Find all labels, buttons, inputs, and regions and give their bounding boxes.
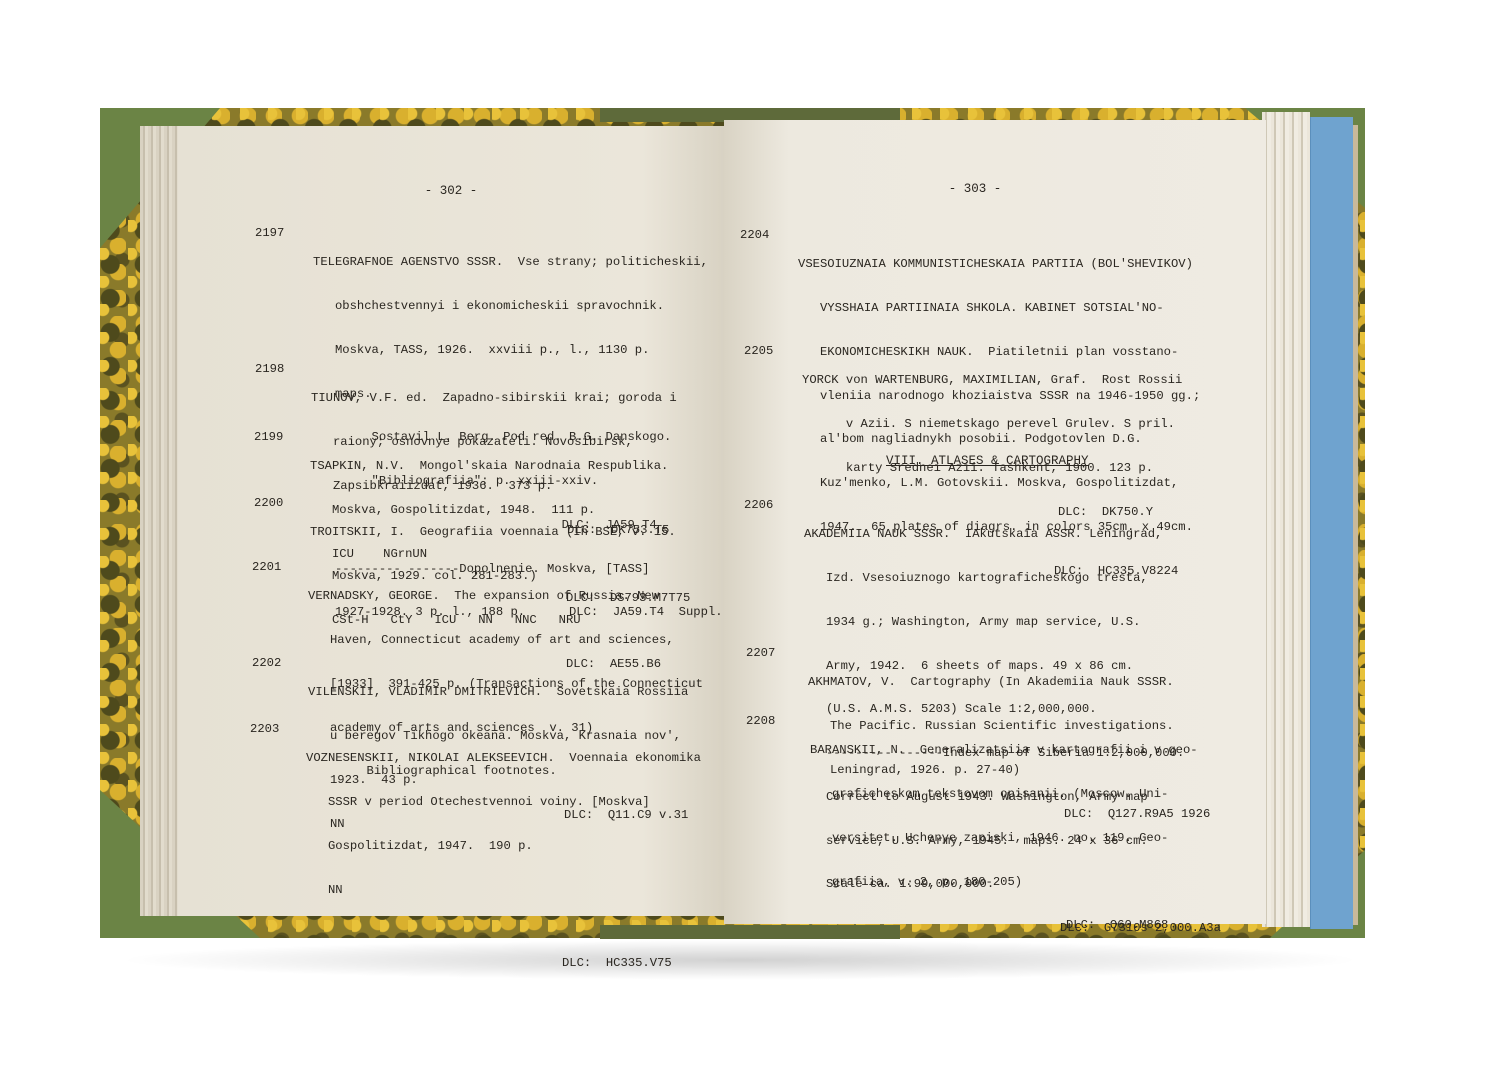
entry-number: 2208 xyxy=(746,714,775,729)
section-heading: VIII. ATLASES & CARTOGRAPHY xyxy=(886,454,1089,469)
entry-number: 2197 xyxy=(255,226,284,241)
page-number: - 303 - xyxy=(704,182,1246,197)
entry-text: VOZNESENSKII, NIKOLAI ALEKSEEVICH. Voenn… xyxy=(306,722,701,999)
left-page[interactable]: - 302 - 2197 TELEGRAFNOE AGENSTVO SSSR. … xyxy=(178,126,724,916)
entry-number: 2207 xyxy=(746,646,775,661)
entry-number: 2198 xyxy=(255,362,284,377)
right-page[interactable]: - 303 - 2204 VSESOIUZNAIA KOMMUNISTICHES… xyxy=(724,120,1266,924)
entry-number: 2204 xyxy=(740,228,769,243)
entry-text: BARANSKII, N. Generalizatsiia v kartogra… xyxy=(810,714,1198,962)
entry-number: 2201 xyxy=(252,560,281,575)
blue-endpaper xyxy=(1310,117,1353,929)
page-number: - 302 - xyxy=(178,184,724,199)
right-page-stack xyxy=(1262,112,1310,927)
entry-number: 2205 xyxy=(744,344,773,359)
entry-number: 2206 xyxy=(744,498,773,513)
entry-number: 2199 xyxy=(254,430,283,445)
entry-number: 2200 xyxy=(254,496,283,511)
left-page-stack xyxy=(140,126,178,916)
entry-number: 2202 xyxy=(252,656,281,671)
entry-number: 2203 xyxy=(250,722,279,737)
